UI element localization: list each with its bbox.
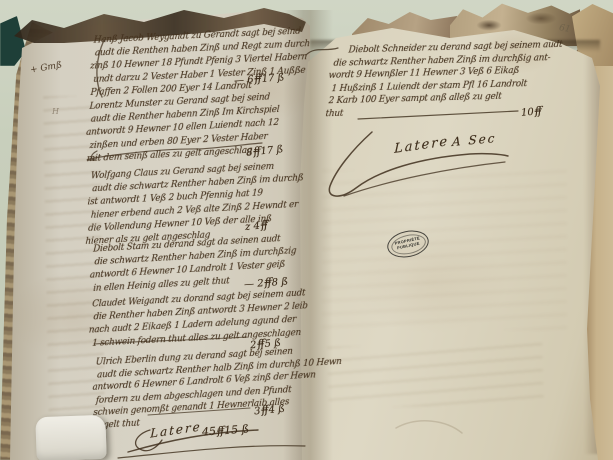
- handwriting-paragraph: Hanß Jacob Weygandt zu Gerandt sagt bej …: [90, 25, 311, 100]
- margin-mark: H: [52, 107, 59, 116]
- amount: 3ff4 ß: [253, 402, 285, 418]
- amount: z 4ff: [244, 218, 268, 233]
- amount: 10ff: [521, 104, 543, 118]
- folio-number: 61: [558, 23, 571, 35]
- manuscript-photo: + Gmß H Hanß Jacob Weygandt zu Gerandt s…: [0, 0, 613, 460]
- stamp-text-line2: PUBLIQUE: [397, 242, 421, 251]
- handwriting-paragraph: Ulrich Eberlin dung zu derand sagt bej s…: [92, 343, 342, 432]
- stamp-text-line1: PROPRIÉTÉ: [394, 237, 420, 247]
- page-weight: [35, 415, 106, 460]
